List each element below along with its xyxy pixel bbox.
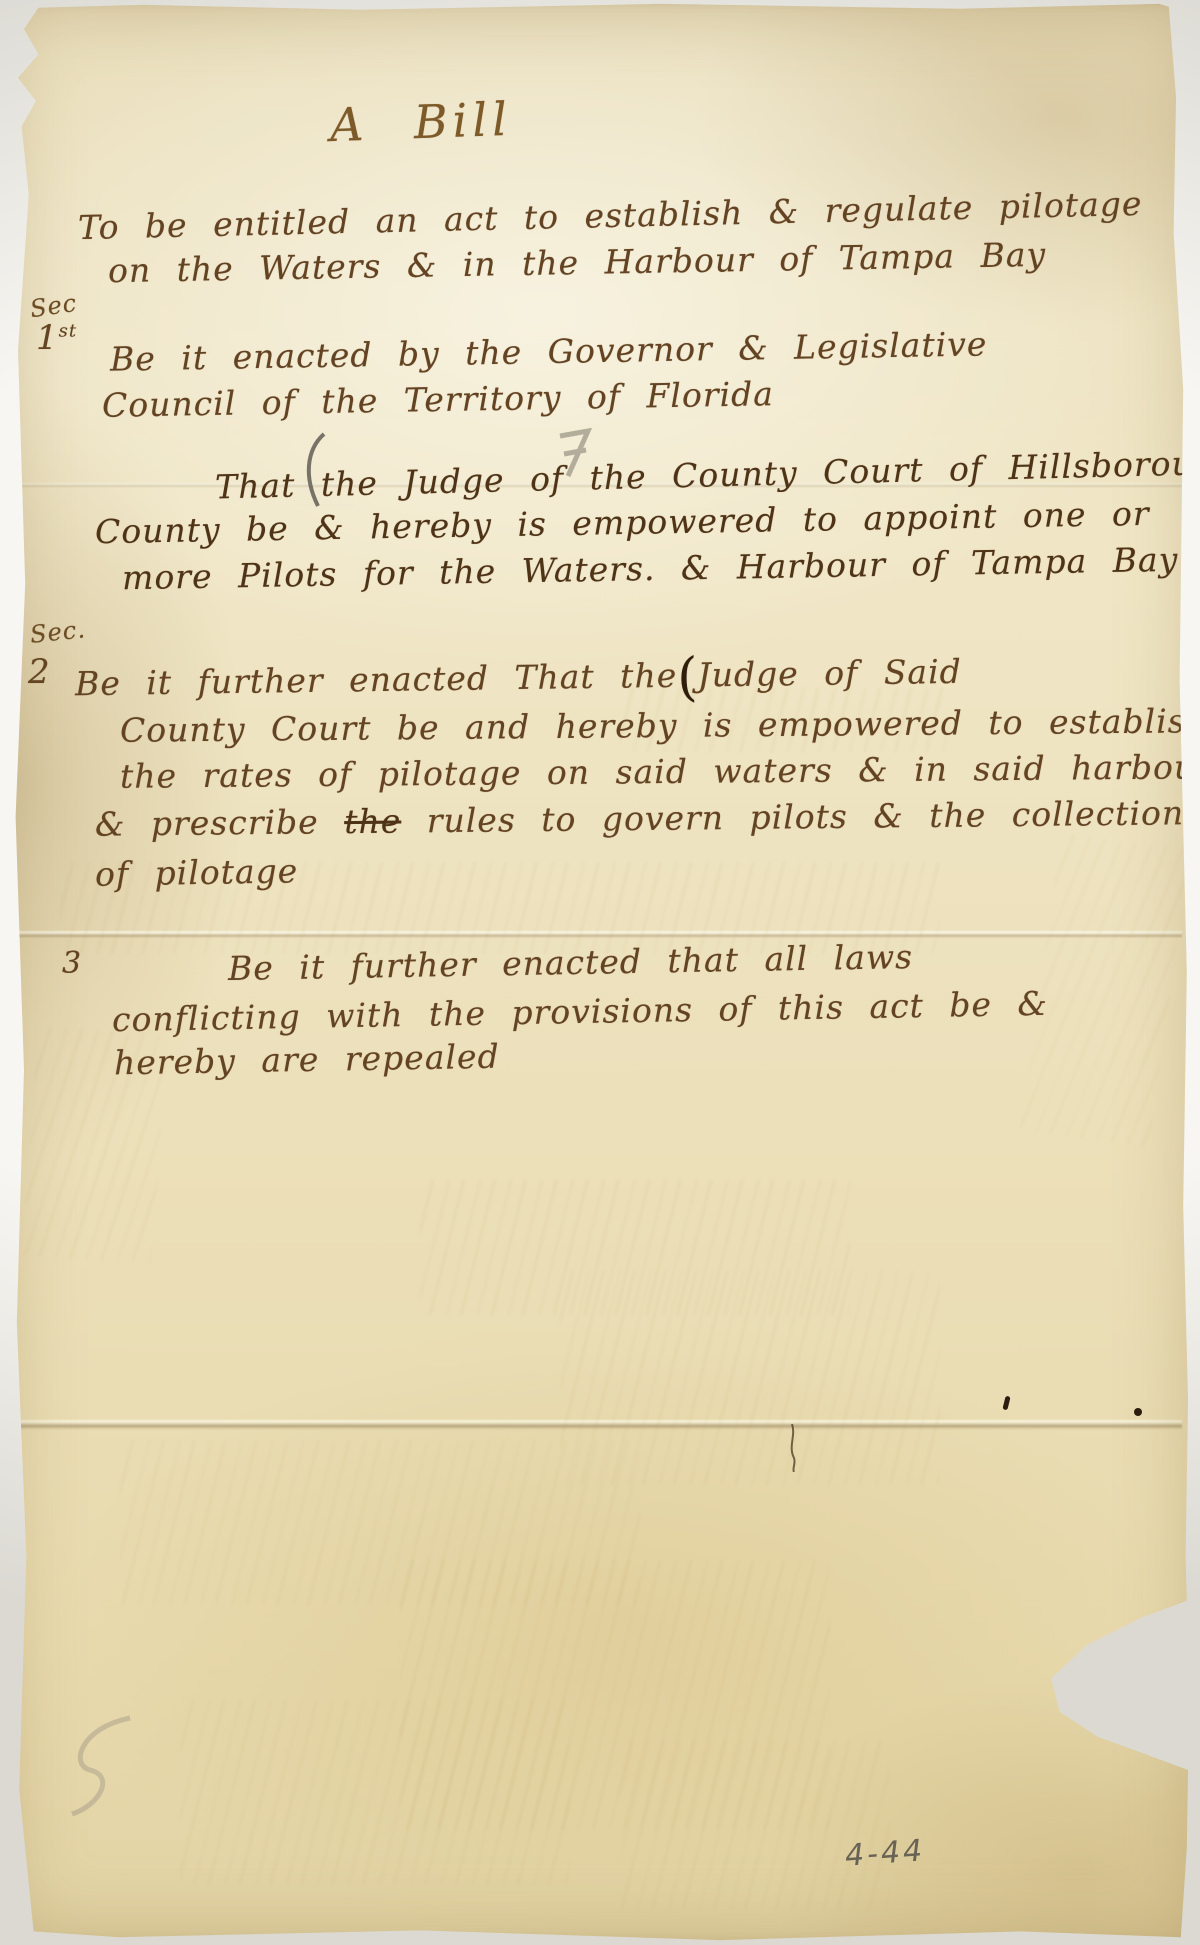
- section-3-number: 3: [62, 946, 82, 981]
- archival-number: 4-44: [844, 1833, 926, 1874]
- section-1-number-value: 1: [36, 318, 59, 358]
- section-2-line-4-prefix: & prescribe: [95, 802, 345, 844]
- fold-crease-middle: [18, 931, 1182, 938]
- paper-crack: [782, 1424, 806, 1472]
- manuscript-page: A Bill To be entitled an act to establis…: [0, 0, 1200, 1945]
- section-2-margin-label: Sec.: [29, 615, 87, 649]
- section-2-number: 2: [28, 652, 51, 692]
- section-3-line-1: Be it further enacted that all laws: [228, 937, 914, 988]
- section-2-line-5: of pilotage: [95, 851, 299, 894]
- ink-speck: [1002, 1396, 1010, 1411]
- section-2-line-1-suffix: Judge of Said: [697, 652, 962, 695]
- section-2-line-2: County Court be and hereby is empowered …: [120, 701, 1200, 749]
- ink-bleedthrough: [420, 1180, 850, 1315]
- section-1-line-1: Be it enacted by the Governor & Legislat…: [110, 324, 988, 378]
- fold-crease-lower: [18, 1420, 1182, 1430]
- ink-bleedthrough: [180, 1700, 570, 1885]
- pencil-squiggle: [60, 1710, 150, 1820]
- ink-speck: [1134, 1408, 1142, 1416]
- ink-bleedthrough: [560, 1270, 940, 1485]
- section-2-line-1-prefix: Be it further enacted That the: [75, 656, 678, 703]
- section-3-line-2: conflicting with the provisions of this …: [112, 984, 1048, 1039]
- ink-bleedthrough: [120, 1440, 640, 1605]
- section-2-line-3: the rates of pilotage on said waters & i…: [120, 747, 1200, 796]
- section-3-line-3: hereby are repealed: [114, 1037, 500, 1083]
- section-1-line-2: Council of the Territory of Florida: [102, 374, 775, 425]
- section-1-number: 1st: [36, 318, 77, 358]
- section-2-line-1: Be it further enacted That the(Judge of …: [75, 652, 962, 703]
- section-1-number-ordinal: st: [59, 321, 77, 342]
- struck-through-word: the: [344, 801, 401, 841]
- ink-bleedthrough: [620, 1740, 890, 1910]
- ink-bleedthrough: [400, 1560, 830, 1830]
- section-1-paragraph-2-line-3: more Pilots for the Waters. & Harbour of…: [122, 540, 1179, 597]
- document-title: A Bill: [329, 92, 513, 152]
- section-2-line-4-suffix: rules to govern pilots & the collection: [401, 793, 1184, 840]
- inserted-ink-bracket: (: [677, 648, 698, 708]
- section-2-line-4: & prescribe the rules to govern pilots &…: [95, 793, 1185, 843]
